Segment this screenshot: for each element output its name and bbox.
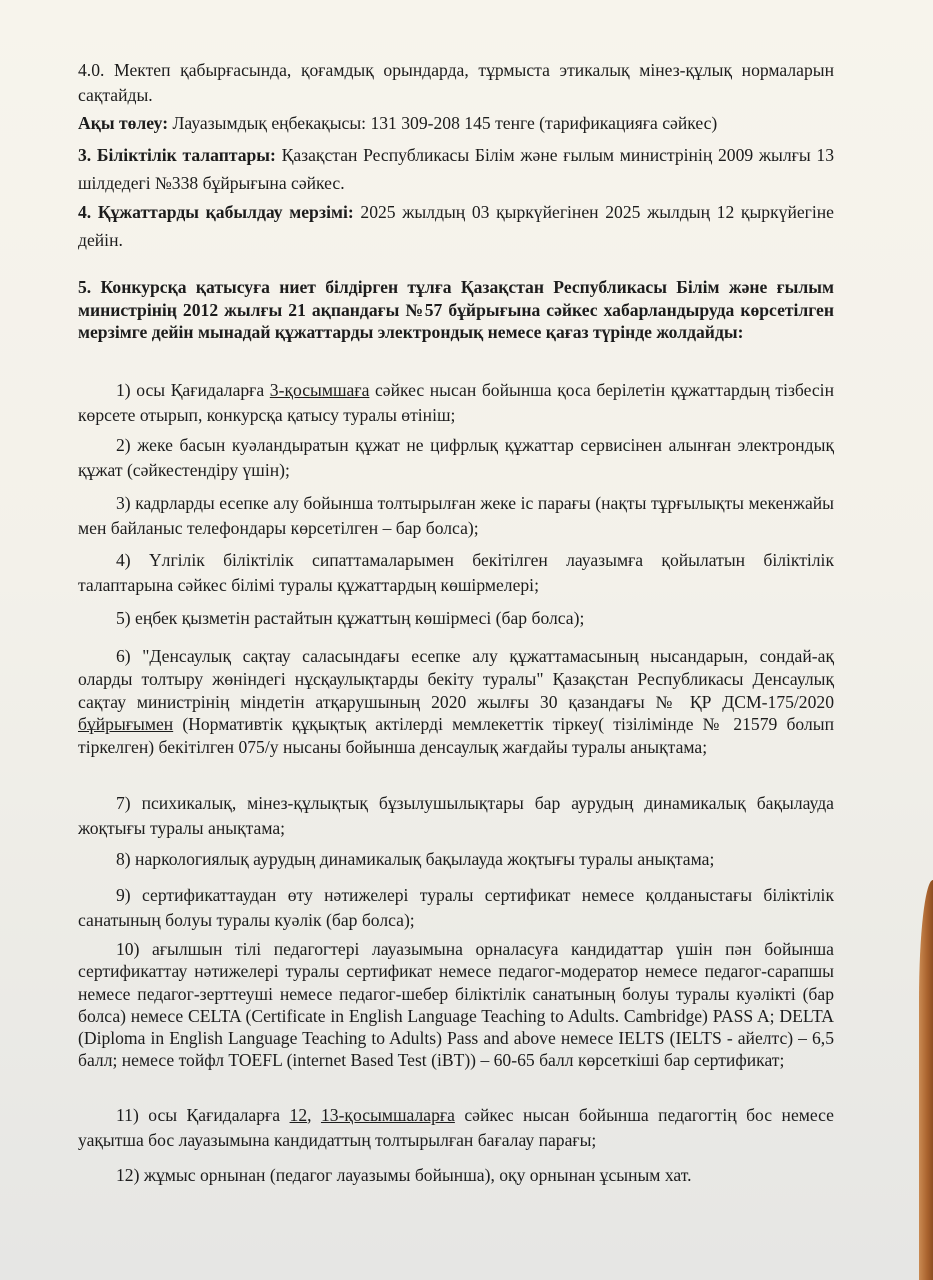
payment-paragraph: Ақы төлеу: Лауазымдық еңбекақысы: 131 30…	[78, 111, 834, 136]
list-item-10: 10) ағылшын тілі педагогтері лауазымына …	[78, 938, 834, 1072]
item-text: 1) осы Қағидаларға	[116, 380, 270, 400]
payment-label: Ақы төлеу:	[78, 113, 168, 133]
section-4-label: 4. Құжаттарды қабылдау мерзімі:	[78, 202, 354, 222]
list-item-3: 3) кадрларды есепке алу бойынша толтырыл…	[78, 491, 834, 541]
paragraph-4-0: 4.0. Мектеп қабырғасында, қоғамдық орынд…	[78, 58, 834, 108]
item-text: ,	[307, 1105, 321, 1125]
appendix-12-link[interactable]: 12	[290, 1105, 308, 1125]
appendix-13-link[interactable]: 13-қосымшаларға	[321, 1105, 455, 1125]
list-item-9: 9) сертификаттаудан өту нәтижелері турал…	[78, 883, 834, 933]
list-item-5: 5) еңбек қызметін растайтын құжаттың көш…	[78, 606, 834, 631]
list-item-12: 12) жұмыс орнынан (педагог лауазымы бойы…	[78, 1163, 834, 1188]
section-3-qualification: 3. Біліктілік талаптары: Қазақстан Респу…	[78, 141, 834, 197]
section-5-heading: 5. Конкурсқа қатысуға ниет білдірген тұл…	[78, 276, 834, 344]
order-link[interactable]: бұйрығымен	[78, 714, 173, 734]
item-text: (Нормативтік құқықтық актілерді мемлекет…	[78, 714, 834, 757]
list-item-2: 2) жеке басын куәландыратын құжат не циф…	[78, 433, 834, 483]
appendix-3-link[interactable]: 3-қосымшаға	[270, 380, 370, 400]
section-4-deadline: 4. Құжаттарды қабылдау мерзімі: 2025 жыл…	[78, 198, 834, 254]
item-text: 11) осы Қағидаларға	[116, 1105, 290, 1125]
payment-text: Лауазымдық еңбекақысы: 131 309-208 145 т…	[168, 113, 717, 133]
item-text: 6) "Денсаулық сақтау саласындағы есепке …	[78, 646, 834, 712]
list-item-7: 7) психикалық, мінез-құлықтық бұзылушылы…	[78, 791, 834, 841]
section-3-label: 3. Біліктілік талаптары:	[78, 145, 276, 165]
list-item-11: 11) осы Қағидаларға 12, 13-қосымшаларға …	[78, 1103, 834, 1153]
list-item-6: 6) "Денсаулық сақтау саласындағы есепке …	[78, 645, 834, 759]
list-item-8: 8) наркологиялық аурудың динамикалық бақ…	[78, 847, 834, 872]
list-item-1: 1) осы Қағидаларға 3-қосымшаға сәйкес ны…	[78, 378, 834, 428]
list-item-4: 4) Үлгілік біліктілік сипаттамаларымен б…	[78, 548, 834, 598]
table-edge	[919, 880, 933, 1280]
